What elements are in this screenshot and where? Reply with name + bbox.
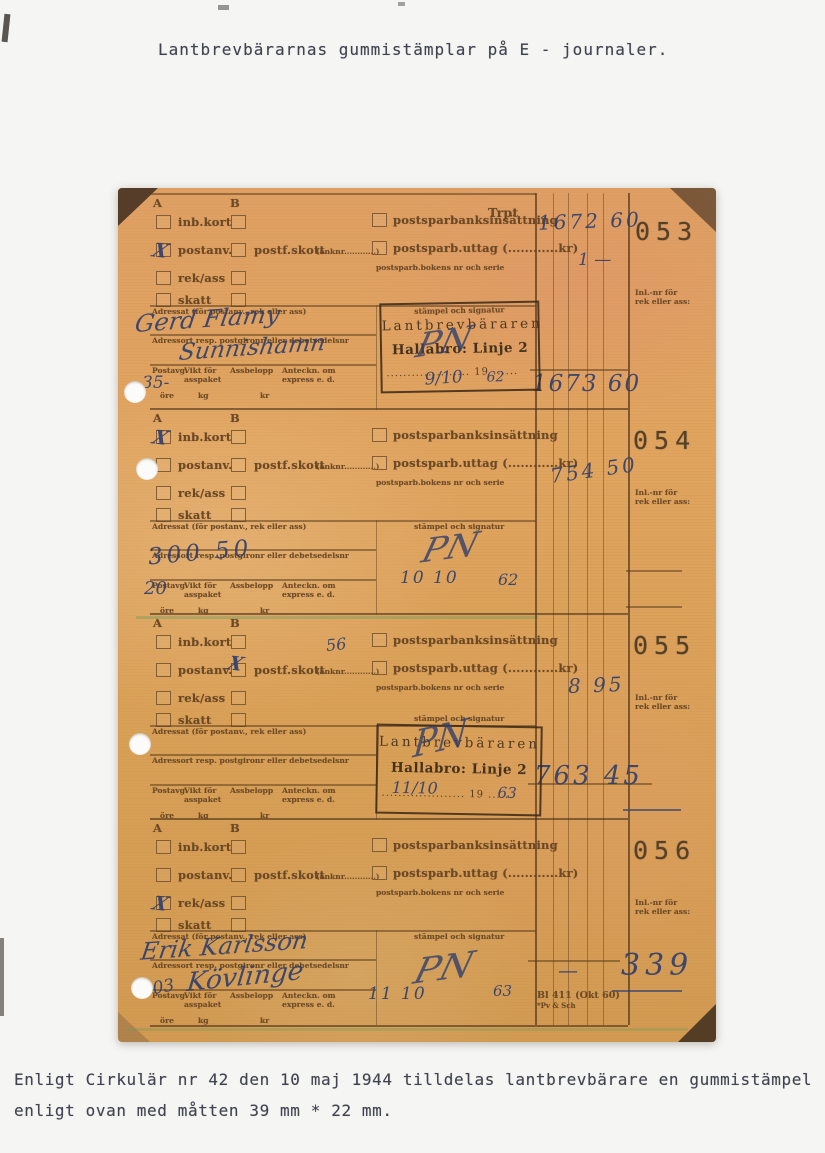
column-b-header: B: [230, 821, 240, 835]
label-anteckn: Anteckn. om express e. d.: [282, 366, 366, 384]
label-uttag: postsparb.uttag (............kr): [393, 241, 578, 255]
label-postavg: Postavg.: [152, 786, 182, 795]
edge-mark: [2, 14, 11, 42]
entry-number: 053: [635, 217, 698, 246]
edge-mark: [218, 5, 229, 10]
handwritten-year: 63: [493, 982, 512, 1000]
handwritten-postage: 35-: [142, 373, 169, 393]
label-kg: kg: [198, 1016, 209, 1025]
checkbox-postanv: [156, 458, 171, 472]
section-rule: [376, 305, 377, 410]
entry-number: 055: [633, 631, 696, 660]
label-postfskott: postf.skott: [254, 663, 325, 677]
label-assbelopp: Assbelopp: [230, 366, 276, 375]
label-rekass: rek/ass: [178, 691, 225, 705]
label-postanv: postanv.: [178, 663, 232, 677]
label-rekass: rek/ass: [178, 271, 225, 285]
checkbox-postanv: [156, 868, 171, 882]
handwritten-transport-amount: 1672 60: [538, 207, 642, 235]
label-inlnr: Inl.-nr för rek eller ass:: [635, 288, 691, 306]
checkbox-postsparbank: [372, 213, 387, 227]
column-b-header: B: [230, 411, 240, 425]
label-postsparbank: postsparbanksinsättning: [393, 428, 558, 442]
label-inbkort: inb.kort: [178, 635, 231, 649]
label-anteckn: Anteckn. om express e. d.: [282, 991, 366, 1009]
label-bokens: postsparb.bokens nr och serie: [376, 478, 504, 487]
label-rekass: rek/ass: [178, 486, 225, 500]
label-kr: kr: [260, 811, 269, 820]
handwritten-year: 62: [486, 369, 504, 385]
punch-hole: [124, 381, 146, 403]
journal-form-paper: A B inb.kort postsparbanksinsättning pos…: [118, 188, 716, 1042]
label-postsparbank: postsparbanksinsättning: [393, 633, 558, 647]
checkbox-b1: [231, 215, 246, 229]
stamp-route-line: Hallabro: Linje 2: [378, 760, 540, 779]
handwritten-year: 63: [497, 784, 516, 802]
checkbox-postsparbank: [372, 838, 387, 852]
handwritten-total: 1673 60: [532, 371, 641, 397]
handwritten-amount-line: 300 50: [147, 535, 253, 570]
handwritten-year: 62: [498, 570, 518, 589]
checkbox-uttag: [372, 866, 387, 880]
printer-mark: *Pv & Sch: [537, 1002, 576, 1010]
checkbox-inbkort: [156, 840, 171, 854]
column-b-header: B: [230, 196, 240, 210]
handwritten-total: 339: [621, 948, 693, 983]
handwritten-dash: —: [558, 958, 578, 982]
entry-number: 054: [633, 426, 696, 455]
label-uttag: postsparb.uttag (............kr): [393, 866, 578, 880]
column-a-header: A: [153, 196, 162, 210]
handwritten-total: 763 45: [534, 761, 643, 791]
inl-line: [626, 606, 682, 608]
top-caption: Lantbrevbärarnas gummistämplar på E - jo…: [158, 40, 668, 59]
checkbox-postanv: [156, 663, 171, 677]
total-underline: [612, 990, 682, 992]
label-vikt: Vikt för asspaket: [184, 786, 224, 804]
label-postanv: postanv.: [178, 868, 232, 882]
handwritten-transport-amount: 8 95: [568, 672, 625, 698]
punch-hole: [131, 977, 153, 999]
label-inlnr: Inl.-nr för rek eller ass:: [635, 488, 691, 506]
column-a-header: A: [153, 616, 162, 630]
label-bokens: postsparb.bokens nr och serie: [376, 263, 504, 272]
label-inlnr: Inl.-nr för rek eller ass:: [635, 693, 691, 711]
checkbox-b3: [231, 691, 246, 705]
label-postsparbank: postsparbanksinsättning: [393, 213, 558, 227]
label-kg: kg: [198, 606, 209, 615]
label-inbkort: inb.kort: [178, 215, 231, 229]
checkbox-b1: [231, 840, 246, 854]
punch-hole: [129, 733, 151, 755]
label-adressort: Adressort resp. postgironr eller debetse…: [152, 756, 349, 765]
label-trpt: Trpt: [488, 205, 518, 220]
handwritten-signature: PN: [418, 525, 484, 572]
label-kr: kr: [260, 1016, 269, 1025]
checkbox-uttag: [372, 241, 387, 255]
scan-streak: [128, 1028, 688, 1031]
checkbox-b3: [231, 896, 246, 910]
journal-entry-053: A B inb.kort postsparbanksinsättning pos…: [118, 195, 716, 410]
label-adressat: Adressat (för postanv., rek eller ass): [152, 522, 306, 531]
journal-entry-056: A B inb.kort postsparbanksinsättning pos…: [118, 820, 716, 1025]
label-ore: öre: [160, 811, 174, 820]
label-postsparbank: postsparbanksinsättning: [393, 838, 558, 852]
inl-line: [626, 570, 682, 572]
label-anknr: (anknr............): [316, 462, 379, 471]
label-anteckn: Anteckn. om express e. d.: [282, 786, 366, 804]
journal-entry-055: A B inb.kort postsparbanksinsättning pos…: [118, 615, 716, 820]
column-b-header: B: [230, 616, 240, 630]
checkbox-uttag: [372, 661, 387, 675]
column-a-header: A: [153, 411, 162, 425]
label-adressat: Adressat (för postanv., rek eller ass): [152, 727, 306, 736]
label-ore: öre: [160, 606, 174, 615]
label-postanv: postanv.: [178, 243, 232, 257]
label-inlnr: Inl.-nr för rek eller ass:: [635, 898, 691, 916]
label-inbkort: inb.kort: [178, 430, 231, 444]
checkbox-inbkort: [156, 215, 171, 229]
checkbox-postsparbank: [372, 633, 387, 647]
punch-hole: [136, 458, 158, 480]
checkbox-rekass: [156, 486, 171, 500]
bottom-caption-line1: Enligt Cirkulär nr 42 den 10 maj 1944 ti…: [14, 1064, 812, 1095]
bottom-caption: Enligt Cirkulär nr 42 den 10 maj 1944 ti…: [14, 1064, 812, 1126]
checkbox-uttag: [372, 456, 387, 470]
label-ore: öre: [160, 1016, 174, 1025]
checkbox-b2: [231, 868, 246, 882]
label-anknr: (anknr............): [316, 872, 379, 881]
label-kg: kg: [198, 811, 209, 820]
bottom-caption-line2: enligt ovan med måtten 39 mm * 22 mm.: [14, 1095, 812, 1126]
checkbox-b1: [231, 635, 246, 649]
handwritten-anknr: 56: [325, 634, 347, 655]
checkbox-b2: [231, 458, 246, 472]
stamp-date-line: .................... 19 ......: [386, 366, 542, 380]
handwritten-postage: 20: [144, 578, 167, 599]
section-rule: [376, 930, 377, 1025]
label-assbelopp: Assbelopp: [230, 786, 276, 795]
label-anknr: (anknr............): [316, 247, 379, 256]
label-bokens: postsparb.bokens nr och serie: [376, 888, 504, 897]
checkbox-b3: [231, 271, 246, 285]
edge-mark: [0, 938, 4, 1016]
rubber-stamp: Lantbrevbäraren Hallabro: Linje 2 ......…: [375, 724, 543, 817]
journal-entry-054: A B inb.kort postsparbanksinsättning pos…: [118, 410, 716, 615]
handwritten-date: 9/10: [424, 367, 463, 390]
scanned-album-page: Lantbrevbärarnas gummistämplar på E - jo…: [0, 0, 825, 1153]
edge-mark: [398, 2, 405, 6]
label-stampel: stämpel och signatur: [414, 932, 504, 941]
label-stampel: stämpel och signatur: [381, 305, 537, 317]
handwritten-signature: PN: [412, 318, 477, 366]
label-rekass: rek/ass: [178, 896, 225, 910]
checkbox-b1: [231, 430, 246, 444]
label-vikt: Vikt för asspaket: [184, 581, 224, 599]
label-postfskott: postf.skott: [254, 243, 325, 257]
checkbox-postsparbank: [372, 428, 387, 442]
total-underline: [623, 809, 681, 811]
label-postfskott: postf.skott: [254, 458, 325, 472]
handwritten-date: 11/10: [392, 778, 438, 798]
checkbox-b3: [231, 486, 246, 500]
handwritten-date: 10 10: [400, 568, 459, 588]
checkbox-inbkort: [156, 635, 171, 649]
label-anknr: (anknr............): [316, 667, 379, 676]
handwritten-date: 11 10: [368, 984, 427, 1004]
label-postanv: postanv.: [178, 458, 232, 472]
section-rule: [376, 520, 377, 615]
checkbox-rekass: [156, 691, 171, 705]
label-kg: kg: [198, 391, 209, 400]
label-vikt: Vikt för asspaket: [184, 366, 224, 384]
handwritten-amount: 1 —: [578, 250, 611, 270]
label-inbkort: inb.kort: [178, 840, 231, 854]
label-bokens: postsparb.bokens nr och serie: [376, 683, 504, 692]
form-id: Bl 411 (Okt 60): [537, 990, 620, 1001]
column-a-header: A: [153, 821, 162, 835]
checkbox-rekass: [156, 271, 171, 285]
entry-separator: [150, 1025, 628, 1027]
label-postfskott: postf.skott: [254, 868, 325, 882]
label-anteckn: Anteckn. om express e. d.: [282, 581, 366, 599]
entry-number: 056: [633, 836, 696, 865]
rubber-stamp: stämpel och signatur Lantbrevbäraren Hal…: [379, 301, 541, 394]
checkbox-b2: [231, 243, 246, 257]
label-kr: kr: [260, 391, 269, 400]
label-assbelopp: Assbelopp: [230, 581, 276, 590]
label-uttag: postsparb.uttag (............kr): [393, 661, 578, 675]
label-kr: kr: [260, 606, 269, 615]
